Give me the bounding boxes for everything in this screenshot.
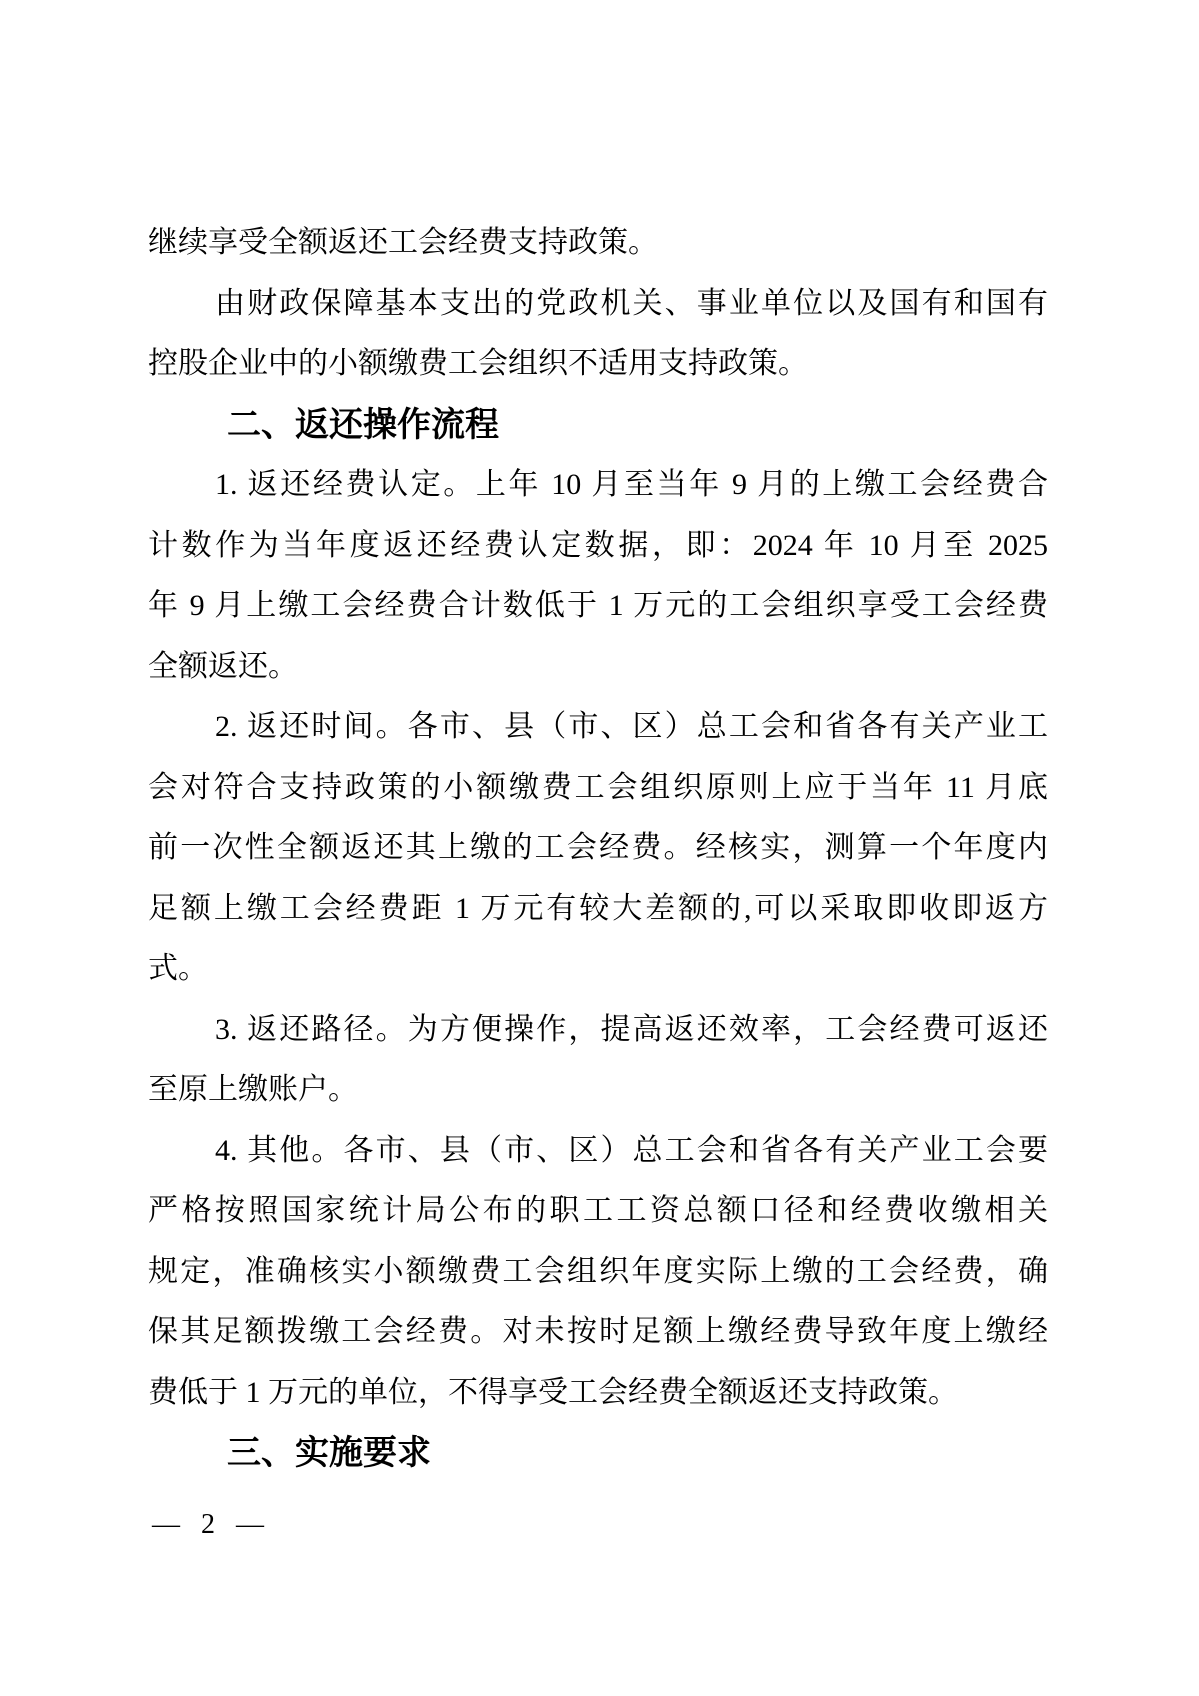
heading-text: 三、实施要求 — [148, 1423, 1048, 1484]
page-number: — 2 — — [152, 1507, 271, 1543]
item-2-return-time: 2. 返还时间。各市、县（市、区）总工会和省各有关产业工 会对符合支持政策的小额… — [148, 697, 1048, 1000]
para-scope-exclusion: 由财政保障基本支出的党政机关、事业单位以及国有和国有 控股企业中的小额缴费工会组… — [148, 274, 1048, 395]
text-line: 前一次性全额返还其上缴的工会经费。经核实，测算一个年度内 — [148, 818, 1048, 879]
text-line: 继续享受全额返还工会经费支持政策。 — [148, 213, 1048, 274]
text-line: 至原上缴账户。 — [148, 1060, 1048, 1121]
item-1-fund-determination: 1. 返还经费认定。上年 10 月至当年 9 月的上缴工会经费合 计数作为当年度… — [148, 455, 1048, 697]
text-line: 保其足额拨缴工会经费。对未按时足额上缴经费导致年度上缴经 — [148, 1302, 1048, 1363]
text-line: 计数作为当年度返还经费认定数据，即：2024 年 10 月至 2025 — [148, 516, 1048, 577]
text-line: 3. 返还路径。为方便操作，提高返还效率，工会经费可返还 — [148, 1000, 1048, 1061]
text-line: 足额上缴工会经费距 1 万元有较大差额的,可以采取即收即返方 — [148, 879, 1048, 940]
text-line: 2. 返还时间。各市、县（市、区）总工会和省各有关产业工 — [148, 697, 1048, 758]
text-line: 年 9 月上缴工会经费合计数低于 1 万元的工会组织享受工会经费 — [148, 576, 1048, 637]
heading-section-3: 三、实施要求 — [148, 1423, 1048, 1484]
document-page: { "colors": { "background": "#ffffff", "… — [0, 0, 1199, 1696]
text-line: 由财政保障基本支出的党政机关、事业单位以及国有和国有 — [148, 274, 1048, 335]
item-4-other: 4. 其他。各市、县（市、区）总工会和省各有关产业工会要 严格按照国家统计局公布… — [148, 1121, 1048, 1424]
heading-section-2: 二、返还操作流程 — [148, 395, 1048, 456]
body-text: 继续享受全额返还工会经费支持政策。 由财政保障基本支出的党政机关、事业单位以及国… — [148, 213, 1048, 1484]
text-line: 规定，准确核实小额缴费工会组织年度实际上缴的工会经费，确 — [148, 1242, 1048, 1303]
heading-text: 二、返还操作流程 — [148, 395, 1048, 456]
text-line: 式。 — [148, 939, 1048, 1000]
text-line: 严格按照国家统计局公布的职工工资总额口径和经费收缴相关 — [148, 1181, 1048, 1242]
text-line: 控股企业中的小额缴费工会组织不适用支持政策。 — [148, 334, 1048, 395]
text-line: 费低于 1 万元的单位，不得享受工会经费全额返还支持政策。 — [148, 1363, 1048, 1424]
text-line: 1. 返还经费认定。上年 10 月至当年 9 月的上缴工会经费合 — [148, 455, 1048, 516]
text-line: 会对符合支持政策的小额缴费工会组织原则上应于当年 11 月底 — [148, 758, 1048, 819]
text-line: 4. 其他。各市、县（市、区）总工会和省各有关产业工会要 — [148, 1121, 1048, 1182]
para-continuation: 继续享受全额返还工会经费支持政策。 — [148, 213, 1048, 274]
text-line: 全额返还。 — [148, 637, 1048, 698]
item-3-return-path: 3. 返还路径。为方便操作，提高返还效率，工会经费可返还 至原上缴账户。 — [148, 1000, 1048, 1121]
